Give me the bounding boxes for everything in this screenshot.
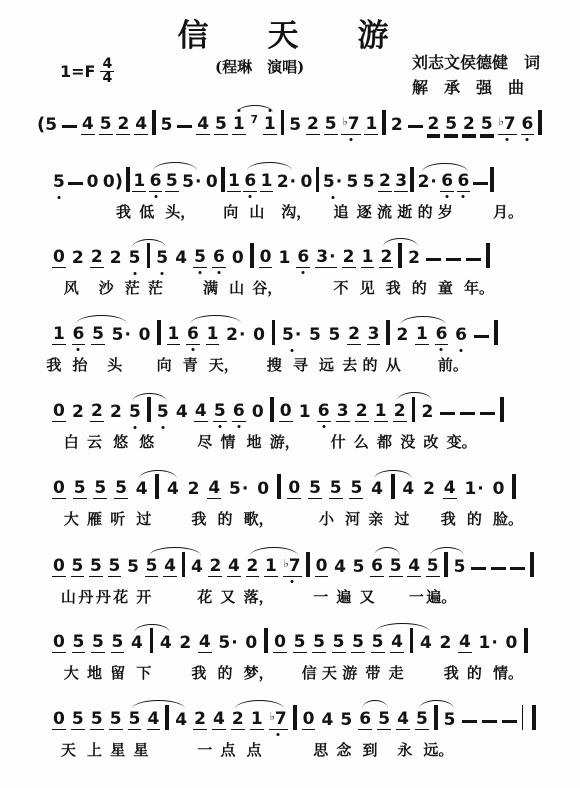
octave-dot-below bbox=[249, 195, 252, 198]
note-digit: 1 bbox=[233, 114, 245, 134]
note-digit: 5 bbox=[166, 171, 178, 191]
note-digit: 4 bbox=[195, 401, 207, 421]
note-digit: 5 bbox=[45, 115, 57, 135]
note-token: 0 bbox=[52, 247, 66, 268]
note-digit: 0 bbox=[288, 478, 300, 498]
note-token: ♭7 bbox=[283, 554, 302, 577]
barline bbox=[277, 474, 281, 499]
paren-close: ) bbox=[115, 171, 123, 192]
lyric-syllable: 改 bbox=[423, 431, 438, 452]
note-token: 5 bbox=[308, 325, 322, 345]
note-digit: 1 bbox=[464, 479, 476, 499]
note-digit: 5 bbox=[161, 115, 173, 135]
lyric-syllable: 情 bbox=[220, 431, 235, 452]
slur-arc bbox=[250, 547, 298, 556]
note-token: 5 bbox=[214, 114, 228, 135]
lyric-syllable: 的 bbox=[412, 277, 427, 298]
note-token: 2 bbox=[396, 325, 410, 345]
note-token: 5 bbox=[324, 114, 338, 135]
note-digit: 4 bbox=[82, 114, 94, 134]
lyric-syllable: 的 bbox=[467, 662, 482, 683]
note-token: 0 bbox=[492, 479, 506, 499]
note-digit: 5 bbox=[282, 325, 294, 345]
note-digit: 1 bbox=[228, 171, 240, 191]
note-digit: 0 bbox=[257, 479, 269, 499]
note-digit: 0 bbox=[260, 247, 272, 267]
note-digit: 0 bbox=[87, 172, 99, 192]
note-token: 5 bbox=[339, 710, 353, 730]
note-token: 5 bbox=[71, 709, 85, 730]
note-token: 1· bbox=[463, 479, 484, 499]
note-token: 0 bbox=[52, 478, 66, 499]
note-digit: 2 bbox=[110, 248, 122, 268]
note-token: 5 bbox=[312, 632, 326, 653]
note-token: 2· bbox=[276, 172, 297, 192]
note-token: 5· bbox=[322, 172, 343, 192]
slur-arc bbox=[374, 547, 400, 556]
note-token: 6 bbox=[521, 114, 535, 135]
lyric-syllable: 前。 bbox=[438, 354, 468, 375]
note-token: 2 bbox=[109, 248, 123, 268]
octave-dot-below bbox=[277, 733, 280, 736]
lyric-syllable: 山 bbox=[61, 586, 76, 607]
note-digit: 5 bbox=[157, 402, 169, 422]
lyric-syllable: 沙 bbox=[99, 277, 114, 298]
lyric-syllable: 没 bbox=[400, 431, 415, 452]
note-digit: 3 bbox=[368, 324, 380, 344]
note-digit: 4 bbox=[420, 633, 432, 653]
note-digit: 5 bbox=[325, 114, 337, 134]
barline bbox=[306, 552, 310, 577]
duration-dash bbox=[474, 335, 489, 338]
lyric-syllable: 我 bbox=[444, 662, 459, 683]
slur-arc bbox=[235, 700, 284, 709]
barline bbox=[500, 397, 504, 422]
note-digit: 0 bbox=[232, 248, 244, 268]
note-digit: 4 bbox=[208, 478, 220, 498]
note-token: 6 bbox=[243, 171, 257, 192]
note-token: 5 bbox=[91, 324, 105, 345]
lyric-syllable: 的 bbox=[418, 201, 433, 222]
music-system: 055555442421♭704565455山丹丹花开花又落，一遍又一遍。 bbox=[0, 538, 580, 614]
notation-row: 055555442421♭704565455 bbox=[52, 538, 534, 577]
note-token: 1 bbox=[364, 114, 378, 135]
music-system: 055544245·005555544241·0大地留下我的梦，信天游带走我的情… bbox=[0, 614, 580, 690]
note-token: 2· bbox=[225, 325, 246, 345]
note-digit: 6 bbox=[244, 171, 256, 191]
lyric-syllable: 我 bbox=[191, 662, 206, 683]
note-digit: 3 bbox=[395, 171, 407, 191]
note-token: 2 bbox=[116, 114, 130, 135]
lyric-syllable: 丹 bbox=[78, 586, 93, 607]
octave-dot-below bbox=[154, 195, 157, 198]
note-digit: 0 bbox=[53, 247, 65, 267]
note-digit: 5 bbox=[74, 478, 86, 498]
note-digit: 1 bbox=[168, 324, 180, 344]
note-digit: 2 bbox=[343, 247, 355, 267]
octave-dot-below bbox=[526, 138, 529, 141]
lyric-syllable: 丹 bbox=[96, 586, 111, 607]
note-token: 2 bbox=[187, 479, 201, 499]
note-digit: 2 bbox=[379, 171, 391, 191]
duration-dash bbox=[510, 567, 525, 570]
note-token: 4 bbox=[320, 710, 334, 730]
note-token: 5 bbox=[351, 632, 365, 653]
note-token: 4 bbox=[190, 557, 204, 577]
lyric-syllable: 逐 bbox=[357, 201, 372, 222]
lyrics-row: 我抬头向青天，搜寻远去的从前。 bbox=[0, 354, 580, 376]
note-digit: 4 bbox=[334, 557, 346, 577]
note-token: 4 bbox=[147, 709, 161, 730]
note-digit: 0 bbox=[53, 401, 65, 421]
duration-dash bbox=[68, 182, 83, 185]
note-digit: 2 bbox=[428, 114, 440, 134]
lyric-syllable: 一 bbox=[313, 586, 328, 607]
note-token: 1 bbox=[206, 324, 220, 345]
note-digit: 0 bbox=[103, 172, 115, 192]
note-digit: 5 bbox=[350, 478, 362, 498]
note-token: 6 bbox=[370, 556, 384, 577]
lyric-syllable: 悠 bbox=[139, 431, 154, 452]
note-token: 2 bbox=[246, 556, 260, 577]
lyric-syllable: 带 bbox=[365, 662, 380, 683]
note-digit: 1 bbox=[251, 709, 263, 729]
note-token: 4 bbox=[166, 479, 180, 499]
note-digit: 1 bbox=[365, 114, 377, 134]
note-token: 6 bbox=[212, 247, 226, 268]
lyric-syllable: 天， bbox=[209, 354, 239, 375]
lyric-syllable: 见 bbox=[360, 277, 375, 298]
note-token: 6 bbox=[186, 324, 200, 345]
note-token: 6 bbox=[317, 401, 331, 422]
lyric-syllable: 童 bbox=[438, 277, 453, 298]
note-token: 4 bbox=[196, 114, 210, 135]
note-token: 5 bbox=[109, 709, 123, 730]
octave-dot-below bbox=[440, 348, 443, 351]
note-digit: 1 bbox=[362, 247, 374, 267]
note-token: 6 bbox=[440, 171, 454, 192]
octave-dot-below bbox=[462, 195, 465, 198]
lyric-syllable: 大 bbox=[64, 508, 79, 529]
note-digit: 5 bbox=[110, 709, 122, 729]
note-token: 0 bbox=[231, 248, 245, 268]
note-token: 4 bbox=[212, 709, 226, 730]
note-digit: 1 bbox=[53, 324, 65, 344]
lyric-syllable: 谷， bbox=[252, 277, 282, 298]
note-digit: 4 bbox=[408, 556, 420, 576]
note-token: 5 bbox=[377, 709, 391, 730]
augmentation-dot: · bbox=[239, 325, 245, 345]
lyric-syllable: 我 bbox=[116, 201, 131, 222]
note-token: 5 bbox=[213, 401, 227, 422]
note-digit: 2 bbox=[72, 248, 84, 268]
duration-dash bbox=[482, 720, 497, 723]
note-digit: 5 bbox=[333, 632, 345, 652]
note-digit: 5 bbox=[390, 556, 402, 576]
slur-arc bbox=[375, 623, 430, 632]
note-token: 2 bbox=[347, 324, 361, 345]
note-token: 1 bbox=[260, 171, 274, 192]
note-digit: 5 bbox=[353, 557, 365, 577]
lyric-syllable: 都 bbox=[377, 431, 392, 452]
note-digit: 6 bbox=[458, 171, 470, 191]
note-digit: 1 bbox=[299, 402, 311, 422]
note-digit: 5 bbox=[330, 478, 342, 498]
note-token: 4 bbox=[443, 478, 457, 499]
note-token: 6 bbox=[454, 325, 468, 345]
note-digit: 2 bbox=[188, 479, 200, 499]
lyric-syllable: 尽 bbox=[197, 431, 212, 452]
note-token: 6 bbox=[232, 401, 246, 422]
note-digit: 0 bbox=[493, 479, 505, 499]
note-token: ♭7 bbox=[269, 707, 288, 730]
lyric-syllable: 山 bbox=[229, 277, 244, 298]
note-token: 2 bbox=[71, 248, 85, 268]
lyric-syllable: 一 bbox=[197, 739, 212, 760]
lyric-syllable: 头， bbox=[165, 201, 195, 222]
note-token: 0 bbox=[273, 632, 287, 653]
lyric-syllable: 去 bbox=[342, 354, 357, 375]
note-digit: 5 bbox=[313, 632, 325, 652]
octave-dot-below bbox=[161, 426, 164, 429]
lyric-syllable: 满 bbox=[203, 277, 218, 298]
octave-dot-below bbox=[191, 348, 194, 351]
octave-dot-below bbox=[199, 271, 202, 274]
note-digit: 6 bbox=[441, 171, 453, 191]
note-digit: 6 bbox=[297, 247, 309, 267]
note-token: 4 bbox=[174, 710, 188, 730]
note-token: 2 bbox=[390, 115, 404, 135]
note-token: 2 bbox=[90, 247, 104, 268]
note-token: 5 bbox=[71, 556, 85, 577]
notation-row: 1655·01612·05·55232166 bbox=[52, 306, 498, 345]
note-digit: 5 bbox=[112, 325, 124, 345]
lyric-syllable: 走 bbox=[389, 662, 404, 683]
lyric-syllable: 大 bbox=[64, 662, 79, 683]
slur-arc bbox=[132, 700, 185, 709]
note-digit: 6 bbox=[522, 114, 534, 134]
octave-dot-below bbox=[161, 272, 164, 275]
lyric-syllable: 不 bbox=[334, 277, 349, 298]
note-token: 2 bbox=[109, 402, 123, 422]
barline bbox=[221, 167, 225, 192]
slur-arc bbox=[383, 238, 418, 247]
slur-arc bbox=[153, 162, 198, 171]
note-token: 0 bbox=[244, 633, 258, 653]
slur-arc bbox=[430, 547, 464, 556]
lyric-syllable: 遍。 bbox=[426, 586, 456, 607]
note-token: 4 bbox=[198, 632, 212, 653]
note-digit: 4 bbox=[444, 478, 456, 498]
note-digit: 2 bbox=[179, 633, 191, 653]
duration-dash bbox=[491, 567, 506, 570]
music-system: 055544245·0055544241·0大雁听过我的歌，小河亲过我的脸。 bbox=[0, 460, 580, 536]
lyrics-row: 我低头，向山沟，追逐流逝的岁月。 bbox=[0, 201, 580, 223]
note-digit: 5 bbox=[214, 401, 226, 421]
note-digit: 2 bbox=[418, 172, 430, 192]
augmentation-dot: · bbox=[295, 325, 301, 345]
note-token: 5 bbox=[128, 248, 142, 268]
note-token: 1 bbox=[361, 247, 375, 268]
note-token: 4 bbox=[458, 632, 472, 653]
sheet-music-page: 信 天 游 1=F 4 4 (程琳 演唱) 刘志文侯德健 词 解 承 强 曲 (… bbox=[0, 0, 580, 788]
note-digit: 2 bbox=[423, 479, 435, 499]
note-token: 6 bbox=[72, 324, 86, 345]
note-digit: 0 bbox=[301, 172, 313, 192]
note-token: 3· bbox=[315, 247, 336, 268]
duration-dash bbox=[471, 567, 486, 570]
note-digit: 4 bbox=[402, 479, 414, 499]
barline bbox=[272, 320, 276, 345]
lyric-syllable: 留 bbox=[110, 662, 125, 683]
duration-dash bbox=[502, 720, 517, 723]
lyric-syllable: 么 bbox=[354, 431, 369, 452]
note-digit: 7 bbox=[289, 556, 301, 576]
note-token: 1· bbox=[478, 633, 499, 653]
note-token: 4 bbox=[81, 114, 95, 135]
duration-dash bbox=[460, 412, 475, 415]
note-digit: 0 bbox=[139, 325, 151, 345]
note-digit: 5 bbox=[229, 479, 241, 499]
note-token: 2 bbox=[439, 633, 453, 653]
note-token: 2 bbox=[193, 709, 207, 730]
note-digit: 5 bbox=[347, 172, 359, 192]
note-digit: 5 bbox=[92, 324, 104, 344]
music-system: 02225545600163·2122风沙茫茫满山谷，不见我的童年。 bbox=[0, 229, 580, 305]
note-token: 4 bbox=[207, 478, 221, 499]
slur-arc bbox=[134, 624, 170, 633]
note-token: 2 bbox=[342, 247, 356, 268]
lyric-syllable: 雁 bbox=[87, 508, 102, 529]
note-digit: 0 bbox=[505, 633, 517, 653]
note-digit: 5 bbox=[416, 709, 428, 729]
note-digit: 5 bbox=[129, 402, 141, 422]
note-token: 6 bbox=[435, 324, 449, 345]
note-digit: 2 bbox=[247, 556, 259, 576]
lyric-syllable: 地 bbox=[87, 662, 102, 683]
lyric-syllable: 向 bbox=[157, 354, 172, 375]
note-token: 5 bbox=[128, 709, 142, 730]
lyric-syllable: 我 bbox=[191, 508, 206, 529]
note-token: 5· bbox=[228, 479, 249, 499]
music-system: 05555442421♭704565455天上星星一点点思念到永远。 bbox=[0, 691, 580, 767]
notation-row: 05555442421♭704565455 bbox=[52, 691, 536, 730]
note-token: 5 bbox=[288, 115, 302, 135]
performer-note: (程琳 演唱) bbox=[215, 56, 304, 77]
note-digit: 2 bbox=[117, 114, 129, 134]
augmentation-dot: · bbox=[124, 325, 130, 345]
note-digit: 4 bbox=[213, 709, 225, 729]
note-digit: 2 bbox=[394, 401, 406, 421]
note-digit: 5 bbox=[72, 556, 84, 576]
notation-row: 02225545600163·2122 bbox=[52, 229, 490, 268]
lyric-syllable: 低 bbox=[139, 201, 154, 222]
note-digit: 4 bbox=[191, 557, 203, 577]
note-token: ♭7 bbox=[341, 112, 360, 135]
note-digit: 6 bbox=[150, 171, 162, 191]
note-digit: 4 bbox=[397, 709, 409, 729]
barline bbox=[157, 320, 161, 345]
note-token: 5 bbox=[156, 402, 170, 422]
barline bbox=[316, 167, 320, 192]
lyric-syllable: 的 bbox=[218, 508, 233, 529]
note-token: 5 bbox=[444, 114, 458, 135]
note-digit: 2 bbox=[277, 172, 289, 192]
note-token: 2 bbox=[90, 401, 104, 422]
note-token: 2 bbox=[208, 556, 222, 577]
barline bbox=[512, 474, 516, 499]
octave-dot-below bbox=[331, 196, 334, 199]
octave-dot-below bbox=[302, 271, 305, 274]
note-token: 0 bbox=[52, 556, 66, 577]
note-digit: 5 bbox=[94, 478, 106, 498]
note-digit: 4 bbox=[199, 632, 211, 652]
note-token: 2 bbox=[71, 402, 85, 422]
note-digit: 1 bbox=[133, 171, 145, 191]
note-digit: 3 bbox=[316, 247, 328, 267]
note-digit: 2 bbox=[194, 709, 206, 729]
note-digit: 7 bbox=[251, 114, 258, 126]
lyric-syllable: 远。 bbox=[423, 739, 453, 760]
lyric-syllable: 我 bbox=[441, 508, 456, 529]
note-digit: 5 bbox=[91, 709, 103, 729]
note-token: 5 bbox=[329, 478, 343, 499]
octave-dot-below bbox=[77, 348, 80, 351]
lyric-syllable: 天 bbox=[61, 739, 76, 760]
note-token: 2 bbox=[427, 114, 441, 135]
note-digit: 4 bbox=[459, 632, 471, 652]
note-token: 4 bbox=[390, 632, 404, 653]
lyric-syllable: 情。 bbox=[493, 662, 523, 683]
note-digit: 4 bbox=[148, 709, 160, 729]
octave-dot-below bbox=[133, 272, 136, 275]
lyric-syllable: 下 bbox=[136, 662, 151, 683]
lyrics-row: 大地留下我的梦，信天游带走我的情。 bbox=[0, 662, 580, 684]
note-token: 5 bbox=[160, 115, 174, 135]
lyric-syllable: 向 bbox=[223, 201, 238, 222]
lyric-syllable: 追 bbox=[334, 201, 349, 222]
note-token: 3 bbox=[336, 401, 350, 422]
note-digit: 0 bbox=[252, 402, 264, 422]
notation-row: 0222554456001632122 bbox=[52, 383, 504, 422]
slur-arc bbox=[149, 547, 201, 556]
note-token: 5· bbox=[217, 633, 238, 653]
note-digit: 0 bbox=[53, 478, 65, 498]
octave-dot-below bbox=[446, 195, 449, 198]
lyric-syllable: 过 bbox=[136, 508, 151, 529]
augmentation-dot: · bbox=[491, 633, 497, 653]
note-digit: 0 bbox=[303, 709, 315, 729]
lyric-syllable: 花 bbox=[197, 586, 212, 607]
note-digit: 1 bbox=[207, 324, 219, 344]
octave-dot-below bbox=[290, 349, 293, 352]
note-token: 5· bbox=[111, 325, 132, 345]
lyrics-row: 大雁听过我的歌，小河亲过我的脸。 bbox=[0, 508, 580, 530]
lyric-syllable: 上 bbox=[87, 739, 102, 760]
note-digit: 5 bbox=[72, 709, 84, 729]
note-digit: 5 bbox=[129, 248, 141, 268]
lyric-syllable: 听 bbox=[110, 508, 125, 529]
slur-arc bbox=[397, 392, 432, 401]
duration-dash bbox=[462, 720, 477, 723]
duration-dash bbox=[473, 182, 488, 185]
note-digit: 5 bbox=[378, 709, 390, 729]
note-token: 0 bbox=[138, 325, 152, 345]
note-digit: 5 bbox=[109, 556, 121, 576]
lyric-syllable: 山 bbox=[249, 201, 264, 222]
duration-dash bbox=[426, 258, 441, 261]
barline bbox=[270, 397, 274, 422]
